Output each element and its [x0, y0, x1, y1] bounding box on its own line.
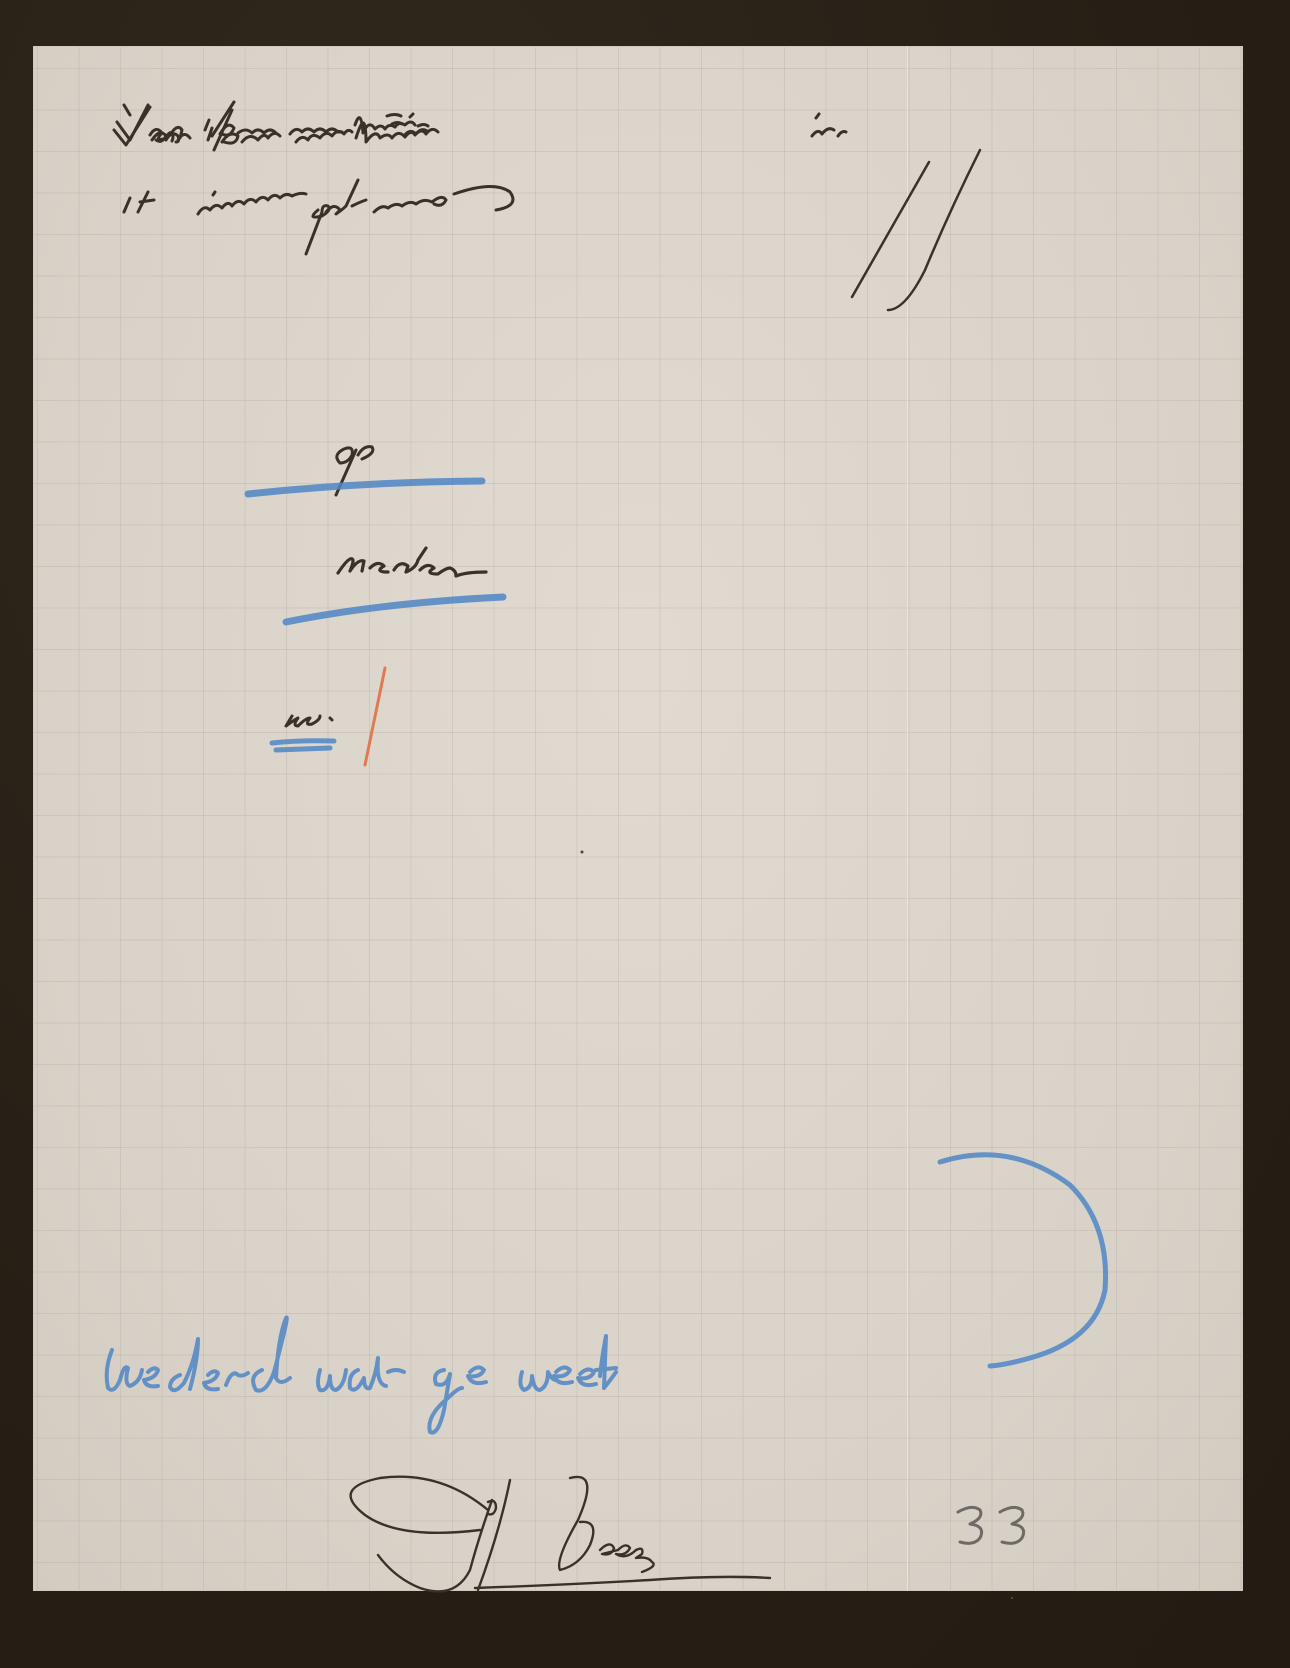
line-2-text: 't nieuwe getlaad [115, 180, 499, 226]
annotation-neder: neder [318, 540, 422, 578]
annotation-ww: ww. [270, 700, 330, 733]
annotation-op: op [318, 425, 367, 466]
page-number-text: 33 [955, 1495, 1025, 1555]
line-1-text: Van ijs en van neere in [115, 100, 621, 146]
blue-note-text: weder al wat ge weet [100, 1330, 901, 1412]
double-slash-mark: // [860, 150, 945, 289]
signature-text: P. Baes [340, 1480, 602, 1562]
